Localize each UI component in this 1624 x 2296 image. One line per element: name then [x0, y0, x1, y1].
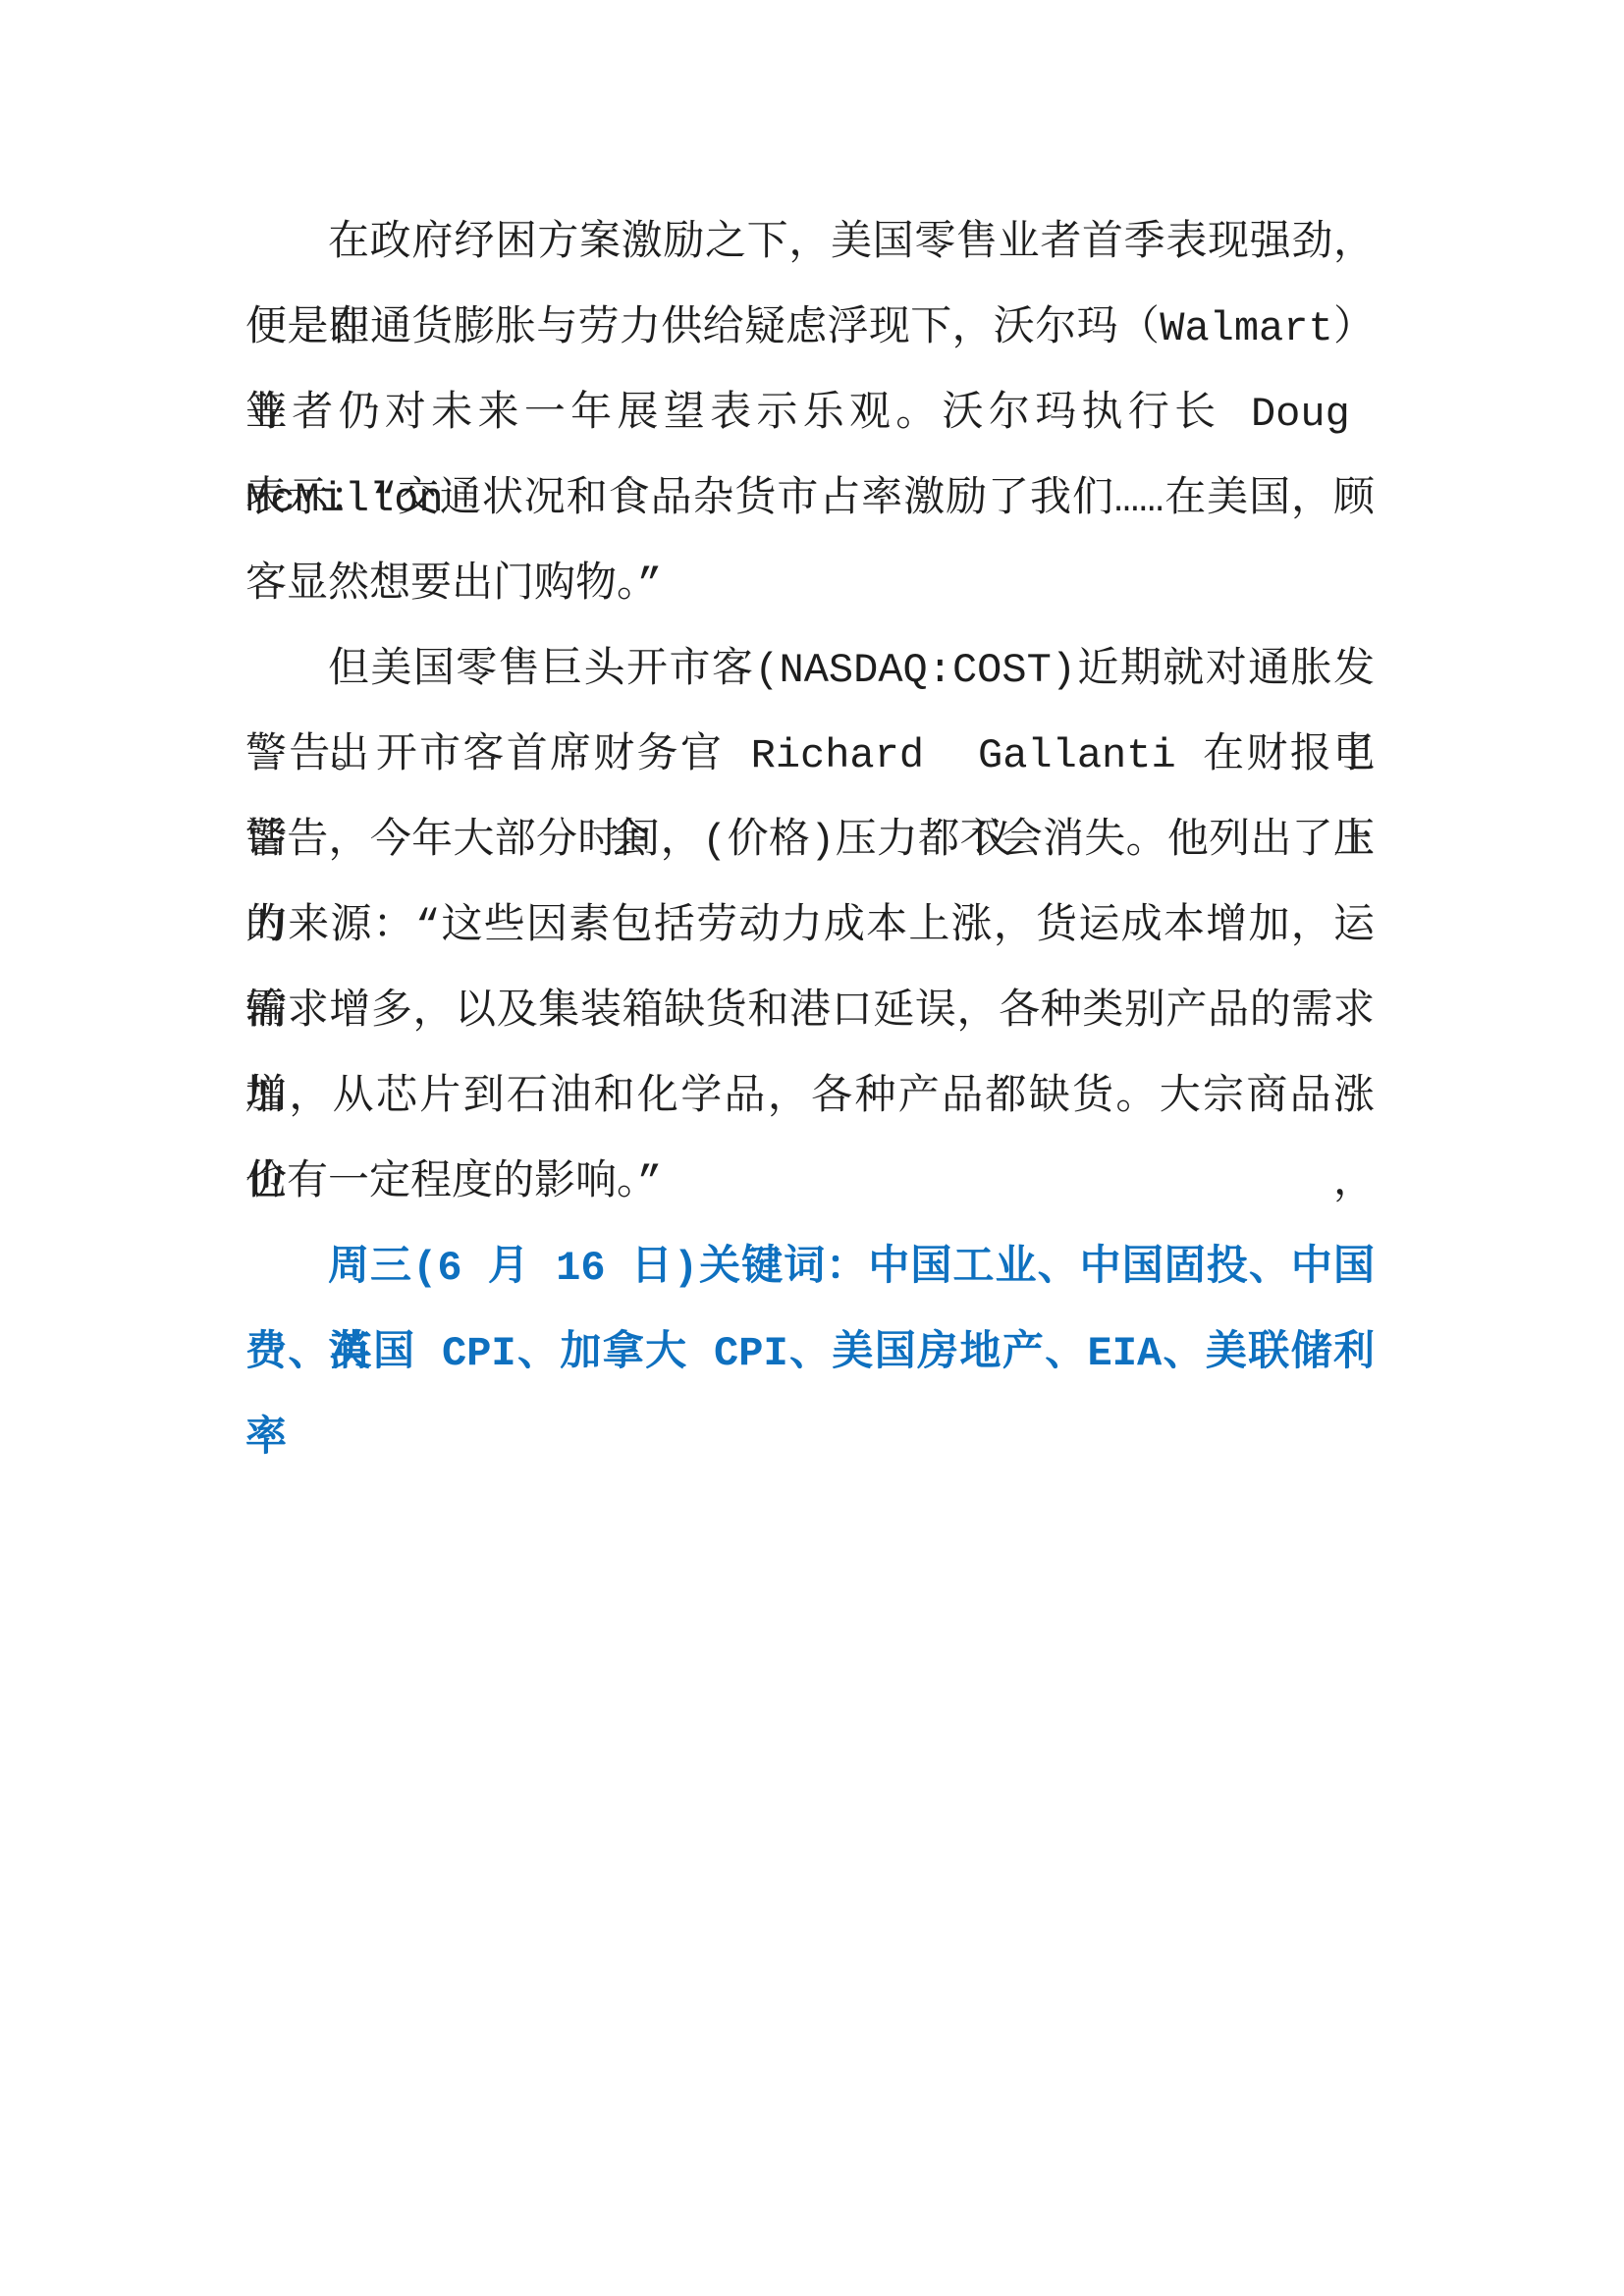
paragraph-wednesday-keywords: 周三(6 月 16 日)关键词：中国工业、中国固投、中国消 费、英国 CPI、加…: [245, 1226, 1375, 1397]
text-line: 表示：“交通状况和食品杂货市占率激励了我们……在美国，顾: [245, 457, 1375, 543]
text-line: 需求增多，以及集装箱缺货和港口延误，各种类别产品的需求增: [245, 970, 1375, 1055]
text-line: 的来源：“这些因素包括劳动力成本上涨，货运成本增加，运输: [245, 884, 1375, 970]
text-line: 警告，今年大部分时间，(价格)压力都不会消失。他列出了压力: [245, 799, 1375, 884]
text-line: 便是在通货膨胀与劳力供给疑虑浮现下，沃尔玛（Walmart）等: [245, 287, 1375, 372]
text-line: 客显然想要出门购物。”: [245, 543, 1375, 628]
paragraph-costco-warning: 但美国零售巨头开市客(NASDAQ:COST)近期就对通胀发出了 警告。开市客首…: [245, 628, 1375, 1226]
text-line: 警告。开市客首席财务官 Richard Gallanti 在财报电话会议上: [245, 714, 1375, 799]
text-line: 费、英国 CPI、加拿大 CPI、美国房地产、EIA、美联储利率: [245, 1311, 1375, 1397]
text-line: 周三(6 月 16 日)关键词：中国工业、中国固投、中国消: [245, 1226, 1375, 1311]
text-line: 但美国零售巨头开市客(NASDAQ:COST)近期就对通胀发出了: [245, 628, 1375, 714]
document-page: 在政府纾困方案激励之下，美国零售业者首季表现强劲，即 便是在通货膨胀与劳力供给疑…: [0, 0, 1624, 2296]
text-block: 在政府纾困方案激励之下，美国零售业者首季表现强劲，即 便是在通货膨胀与劳力供给疑…: [245, 201, 1375, 1397]
text-line: 加，从芯片到石油和化学品，各种产品都缺货。大宗商品涨价，: [245, 1055, 1375, 1141]
text-line: 在政府纾困方案激励之下，美国零售业者首季表现强劲，即: [245, 201, 1375, 287]
paragraph-retail-strength: 在政府纾困方案激励之下，美国零售业者首季表现强劲，即 便是在通货膨胀与劳力供给疑…: [245, 201, 1375, 628]
text-line: 业者仍对未来一年展望表示乐观。沃尔玛执行长 Doug McMillon: [245, 372, 1375, 457]
